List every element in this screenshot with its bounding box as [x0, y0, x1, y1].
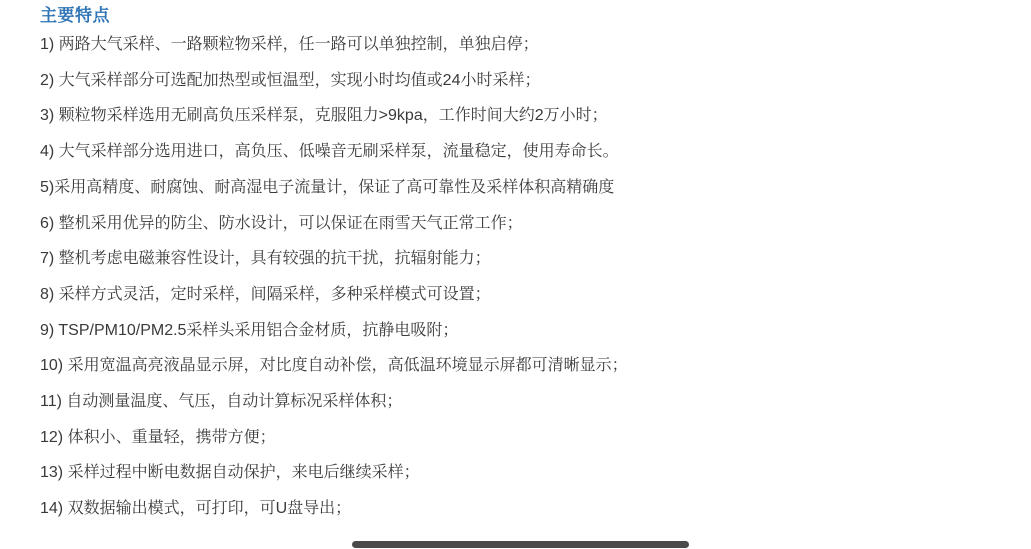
section-title: 主要特点 — [40, 6, 628, 26]
feature-item-3: 3) 颗粒物采样选用无刷高负压采样泵，克服阻力>9kpa，工作时间大约2万小时； — [40, 98, 628, 134]
horizontal-scrollbar-thumb[interactable] — [352, 541, 689, 548]
feature-item-10: 10) 采用宽温高亮液晶显示屏，对比度自动补偿，高低温环境显示屏都可清晰显示； — [40, 348, 628, 384]
feature-item-1: 1) 两路大气采样、一路颗粒物采样，任一路可以单独控制，单独启停； — [40, 27, 628, 63]
feature-item-4: 4) 大气采样部分选用进口，高负压、低噪音无刷采样泵，流量稳定，使用寿命长。 — [40, 134, 628, 170]
feature-item-13: 13) 采样过程中断电数据自动保护，来电后继续采样； — [40, 455, 628, 491]
feature-item-14: 14) 双数据输出模式，可打印，可U盘导出； — [40, 491, 628, 527]
feature-item-5: 5)采用高精度、耐腐蚀、耐高湿电子流量计，保证了高可靠性及采样体积高精确度 — [40, 170, 628, 206]
feature-item-7: 7) 整机考虑电磁兼容性设计，具有较强的抗干扰，抗辐射能力； — [40, 241, 628, 277]
feature-item-11: 11) 自动测量温度、气压，自动计算标况采样体积； — [40, 384, 628, 420]
feature-item-12: 12) 体积小、重量轻，携带方便； — [40, 420, 628, 456]
feature-document: 主要特点 1) 两路大气采样、一路颗粒物采样，任一路可以单独控制，单独启停； 2… — [40, 6, 628, 527]
page: { "document": { "heading": "主要特点", "head… — [0, 0, 1031, 549]
feature-item-9: 9) TSP/PM10/PM2.5采样头采用铝合金材质，抗静电吸附； — [40, 313, 628, 349]
feature-item-8: 8) 采样方式灵活，定时采样，间隔采样，多种采样模式可设置； — [40, 277, 628, 313]
feature-item-2: 2) 大气采样部分可选配加热型或恒温型，实现小时均值或24小时采样； — [40, 63, 628, 99]
feature-item-6: 6) 整机采用优异的防尘、防水设计，可以保证在雨雪天气正常工作； — [40, 206, 628, 242]
